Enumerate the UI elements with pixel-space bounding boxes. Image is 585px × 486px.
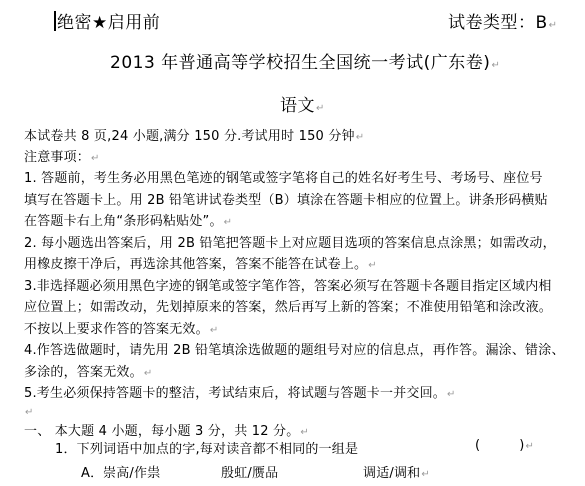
intro-line: 本试卷共 8 页,24 小题,满分 150 分.考试用时 150 分钟↵ (24, 125, 364, 144)
confidential-text: 绝密★启用前 (57, 13, 160, 33)
notice-text: 应位置上；如需改动，先划掉原来的答案，然后再写上新的答案；不准使用铅笔和涂改液。 (24, 300, 552, 315)
empty-paragraph: ↵ (24, 404, 34, 419)
paragraph-mark-icon: ↵ (447, 389, 456, 400)
notice-text: 不按以上要求作答的答案无效。 (24, 322, 209, 337)
exam-title-text: 2013 年普通高等学校招生全国统一考试(广东卷) (110, 53, 490, 73)
notice-text: 用橡皮擦干净后，再选涂其他答案，答案不能答在试卷上。 (24, 257, 367, 272)
notice-text: 在答题卡右上角“条形码粘贴处”。 (24, 214, 223, 229)
notice-heading: 注意事项：↵ (24, 146, 100, 165)
paragraph-mark-icon: ↵ (549, 20, 558, 31)
notice-text: 多涂的，答案无效。 (24, 365, 143, 380)
notice-2-line-1: 2. 每小题选出答案后，用 2B 铅笔把答题卡上对应题目选项的答案信息点涂黑；如… (24, 232, 556, 251)
notice-3-line-2: 应位置上；如需改动，先划掉原来的答案，然后再写上新的答案；不准使用铅笔和涂改液。 (24, 296, 552, 315)
notice-4-line-2: 多涂的，答案无效。↵ (24, 361, 152, 380)
paragraph-mark-icon: ↵ (491, 60, 500, 71)
option-a-pair-3: 调适/调和↵ (363, 462, 430, 481)
exam-title: 2013 年普通高等学校招生全国统一考试(广东卷)↵ (110, 48, 500, 73)
notice-heading-text: 注意事项： (24, 150, 90, 165)
notice-text: 1. 答题前，考生务必用黑色笔迹的钢笔或签字笔将自己的姓名好考生号、考场号、座位… (24, 171, 543, 186)
paragraph-mark-icon: ↵ (25, 407, 34, 418)
subject-text: 语文 (280, 96, 315, 116)
paragraph-mark-icon: ↵ (421, 469, 430, 480)
question-stem-text: 1．下列词语中加点的字,每对读音都不相同的一组是 (55, 442, 358, 457)
option-a-label: A． (81, 462, 103, 481)
notice-5-line-1: 5.考生必须保持答题卡的整洁，考试结束后，将试题与答题卡一并交回。↵ (24, 382, 456, 401)
paragraph-mark-icon: ↵ (526, 441, 535, 452)
word-pair-text: 调适/调和 (363, 466, 420, 481)
section-heading: 一、 本大题 4 小题，每小题 3 分，共 12 分。↵ (24, 420, 309, 439)
notice-3-line-3: 不按以上要求作答的答案无效。↵ (24, 318, 218, 337)
paper-type: 试卷类型：B↵ (448, 8, 558, 33)
paragraph-mark-icon: ↵ (356, 132, 365, 143)
text-cursor (54, 11, 56, 31)
paragraph-mark-icon: ↵ (300, 427, 309, 438)
paragraph-mark-icon: ↵ (368, 260, 377, 271)
paragraph-mark-icon: ↵ (210, 325, 219, 336)
notice-text: 5.考生必须保持答题卡的整洁，考试结束后，将试题与答题卡一并交回。 (24, 386, 446, 401)
notice-text: 4.作答选做题时，请先用 2B 铅笔填涂选做题的题组号对应的信息点，再作答。漏涂… (24, 343, 565, 358)
option-a-pair-1: 崇高/作祟 (103, 462, 160, 481)
notice-1-line-2: 填写在答题卡上。用 2B 铅笔讲试卷类型（B）填涂在答题卡相应的位置上。讲条形码… (24, 189, 548, 208)
paragraph-mark-icon: ↵ (224, 217, 233, 228)
answer-blank: ( )↵ (475, 438, 534, 453)
notice-3-line-1: 3.非选择题必须用黑色字迹的钢笔或签字笔作答，答案必须写在答题卡各题目指定区域内… (24, 275, 552, 294)
subject-title: 语文↵ (280, 91, 325, 116)
question-1-stem: 1．下列词语中加点的字,每对读音都不相同的一组是 (55, 438, 358, 457)
answer-blank-text: ( ) (475, 438, 525, 453)
paragraph-mark-icon: ↵ (144, 368, 153, 379)
word-pair-text: 崇高/作祟 (103, 466, 160, 481)
option-a-pair-2: 殷虹/赝品 (221, 462, 278, 481)
paper-type-label: 试卷类型： (448, 13, 536, 33)
notice-2-line-2: 用橡皮擦干净后，再选涂其他答案，答案不能答在试卷上。↵ (24, 253, 377, 272)
intro-text: 本试卷共 8 页,24 小题,满分 150 分.考试用时 150 分钟 (24, 129, 355, 144)
notice-1-line-3: 在答题卡右上角“条形码粘贴处”。↵ (24, 210, 232, 229)
notice-text: 2. 每小题选出答案后，用 2B 铅笔把答题卡上对应题目选项的答案信息点涂黑；如… (24, 236, 556, 251)
section-heading-text: 一、 本大题 4 小题，每小题 3 分，共 12 分。 (24, 424, 299, 439)
paragraph-mark-icon: ↵ (91, 153, 100, 164)
notice-1-line-1: 1. 答题前，考生务必用黑色笔迹的钢笔或签字笔将自己的姓名好考生号、考场号、座位… (24, 167, 543, 186)
paragraph-mark-icon: ↵ (316, 103, 325, 114)
paper-type-value: B (536, 13, 548, 33)
notice-text: 填写在答题卡上。用 2B 铅笔讲试卷类型（B）填涂在答题卡相应的位置上。讲条形码… (24, 193, 548, 208)
option-label-text: A． (81, 466, 103, 481)
notice-text: 3.非选择题必须用黑色字迹的钢笔或签字笔作答，答案必须写在答题卡各题目指定区域内… (24, 279, 552, 294)
confidential-label: 绝密★启用前 (54, 8, 160, 33)
word-pair-text: 殷虹/赝品 (221, 466, 278, 481)
notice-4-line-1: 4.作答选做题时，请先用 2B 铅笔填涂选做题的题组号对应的信息点，再作答。漏涂… (24, 339, 565, 358)
